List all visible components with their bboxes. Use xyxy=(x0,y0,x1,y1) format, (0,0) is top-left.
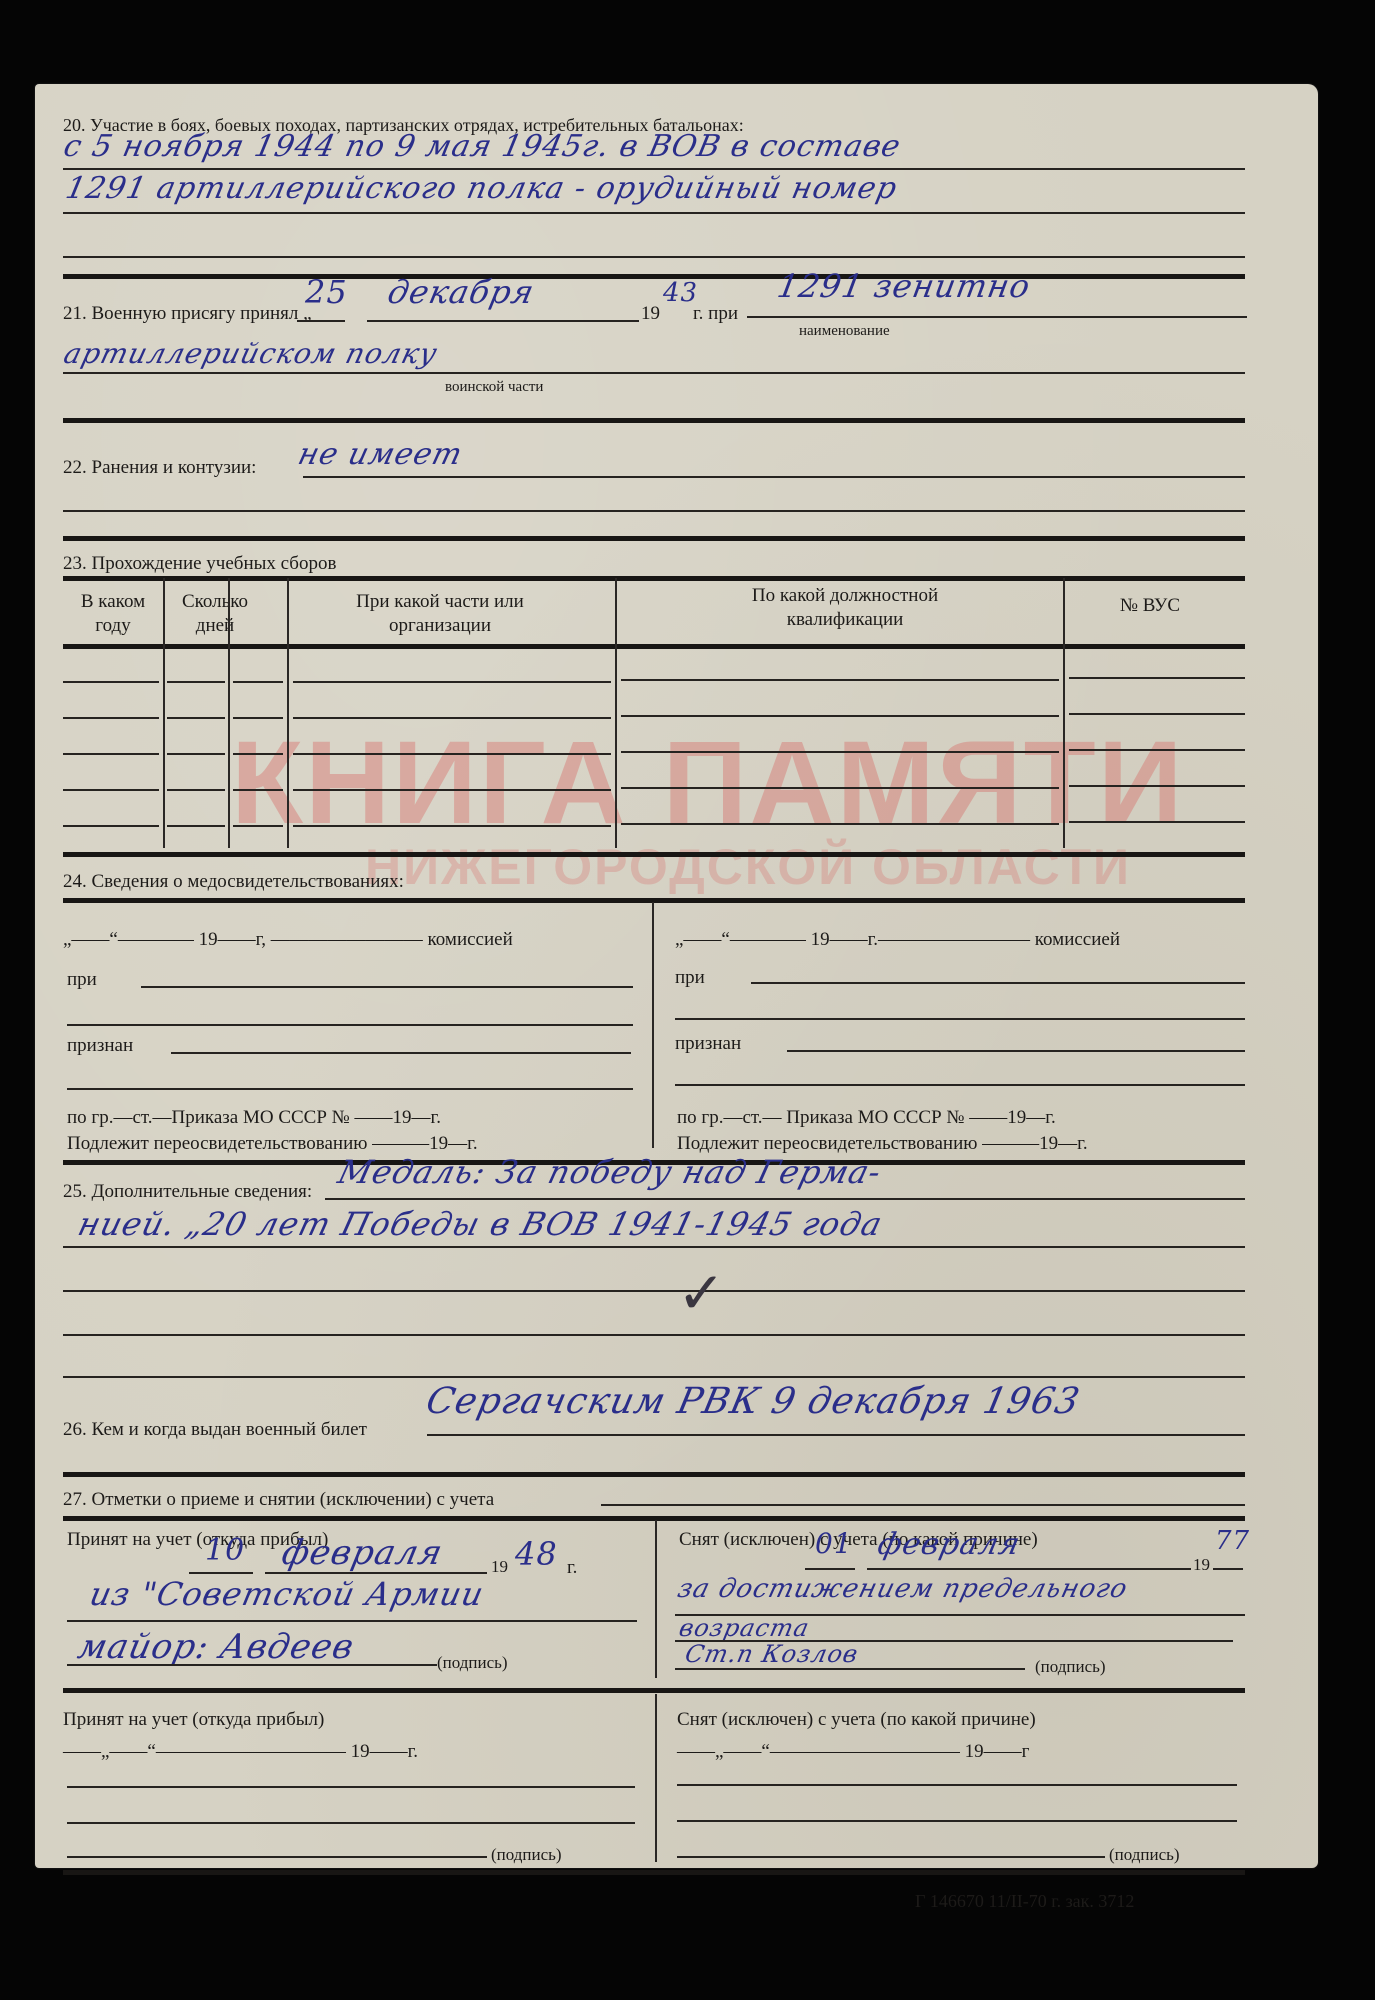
section26-label: 26. Кем и когда выдан военный билет xyxy=(63,1420,367,1439)
accepted-from-1: из "Советской Армии xyxy=(87,1578,487,1610)
med-left-recheck-line: Подлежит переосвидетельствованию ———19—г… xyxy=(67,1134,478,1153)
col-unit-l2: организации xyxy=(275,616,605,635)
signature-caption-3: (подпись) xyxy=(491,1846,562,1863)
med-right-date-line: „——“———— 19——г.———————— комиссией xyxy=(675,930,1120,949)
caption-unit: воинской части xyxy=(445,380,543,395)
accepted-g-1: г. xyxy=(567,1558,577,1577)
military-id-issued: Сергачским РВК 9 декабря 1963 xyxy=(423,1384,1083,1420)
med-left-date-line: „——“———— 19——г, ———————— комиссией xyxy=(63,930,513,949)
watermark-subtitle: НИЖЕГОРОДСКОЙ ОБЛАСТИ xyxy=(365,842,1131,892)
accepted-year-suffix-1: 48 xyxy=(515,1538,558,1570)
col-year-l1: В каком xyxy=(67,592,159,611)
signature-caption-2: (подпись) xyxy=(1035,1658,1106,1675)
additional-info-line1: Медаль: За победу над Герма- xyxy=(335,1156,885,1188)
med-right-priznan: признан xyxy=(675,1034,741,1053)
col-vus: № ВУС xyxy=(1075,596,1225,615)
oath-g-pri: г. при xyxy=(693,304,738,323)
accepted-year-prefix-1: 19 xyxy=(491,1558,508,1575)
section20-handwritten-line2: 1291 артиллерийского полка - орудийный н… xyxy=(63,174,900,204)
signature-caption-1: (подпись) xyxy=(437,1654,508,1671)
med-right-recheck-line: Подлежит переосвидетельствованию ———19—г… xyxy=(677,1134,1088,1153)
col-days-l1: Сколько xyxy=(165,592,265,611)
section-divider xyxy=(63,274,1245,279)
removed-signature-1: Ст.п Козлов xyxy=(683,1642,861,1666)
accepted-month-1: февраля xyxy=(279,1536,446,1570)
med-left-priznan: признан xyxy=(67,1036,133,1055)
oath-month: декабря xyxy=(385,276,537,308)
accepted-title-2: Принят на учет (откуда прибыл) xyxy=(63,1710,324,1729)
removed-reason-line1: за достижением предельного xyxy=(675,1576,1130,1602)
col-year-l2: году xyxy=(67,616,159,635)
section22-label: 22. Ранения и контузии: xyxy=(63,458,256,477)
section27-label: 27. Отметки о приеме и снятии (исключени… xyxy=(63,1490,494,1509)
med-right-pri: при xyxy=(675,968,705,987)
oath-year-prefix: 19 xyxy=(641,304,660,323)
section20-handwritten-line1: с 5 ноября 1944 по 9 мая 1945г. в ВОВ в … xyxy=(61,132,904,162)
accepted-date-line-2: ——„——“—————————— 19——г. xyxy=(63,1742,418,1761)
removed-day-1: 01 xyxy=(815,1530,853,1558)
military-record-card: КНИГА ПАМЯТИ НИЖЕГОРОДСКОЙ ОБЛАСТИ 20. У… xyxy=(35,84,1318,1868)
removed-reason-line2: возраста xyxy=(677,1616,812,1640)
accepted-signature-1: майор: Авдеев xyxy=(75,1630,357,1664)
oath-unit-line1: 1291 зенитно xyxy=(775,270,1033,302)
removed-year-suffix-1: 77 xyxy=(1215,1528,1250,1554)
section21-label: 21. Военную присягу принял „ xyxy=(63,304,312,323)
accepted-day-1: 10 xyxy=(205,1536,245,1566)
signature-caption-4: (подпись) xyxy=(1109,1846,1180,1863)
col-unit-l1: При какой части или xyxy=(275,592,605,611)
med-right-order-line: по гр.—ст.— Приказа МО СССР № ——19—г. xyxy=(677,1108,1056,1127)
additional-info-line2: нией. „20 лет Победы в ВОВ 1941-1945 год… xyxy=(75,1208,886,1240)
oath-day: 25 xyxy=(305,276,348,308)
section25-label: 25. Дополнительные сведения: xyxy=(63,1182,312,1201)
med-left-order-line: по гр.—ст.—Приказа МО СССР № ——19—г. xyxy=(67,1108,441,1127)
med-left-pri: при xyxy=(67,970,97,989)
oath-unit-line2: артиллерийском полку xyxy=(61,340,440,368)
print-code: Г 146670 11/II-70 г. зак. 3712 xyxy=(915,1892,1134,1910)
removed-month-1: февраля xyxy=(875,1530,1023,1560)
col-qual-l2: квалификации xyxy=(635,610,1055,629)
removed-title-2: Снят (исключен) с учета (по какой причин… xyxy=(677,1710,1036,1729)
col-days-l2: дней xyxy=(165,616,265,635)
section23-label: 23. Прохождение учебных сборов xyxy=(63,554,336,573)
wounds-value: не имеет xyxy=(295,440,466,470)
col-qual-l1: По какой должностной xyxy=(635,586,1055,605)
removed-year-prefix-1: 19 xyxy=(1193,1556,1210,1573)
section24-label: 24. Сведения о медосвидетельствованиях: xyxy=(63,872,404,891)
caption-name: наименование xyxy=(799,324,890,339)
removed-date-line-2: ——„——“—————————— 19——г xyxy=(677,1742,1029,1761)
checkmark-icon: ✓ xyxy=(677,1264,727,1322)
